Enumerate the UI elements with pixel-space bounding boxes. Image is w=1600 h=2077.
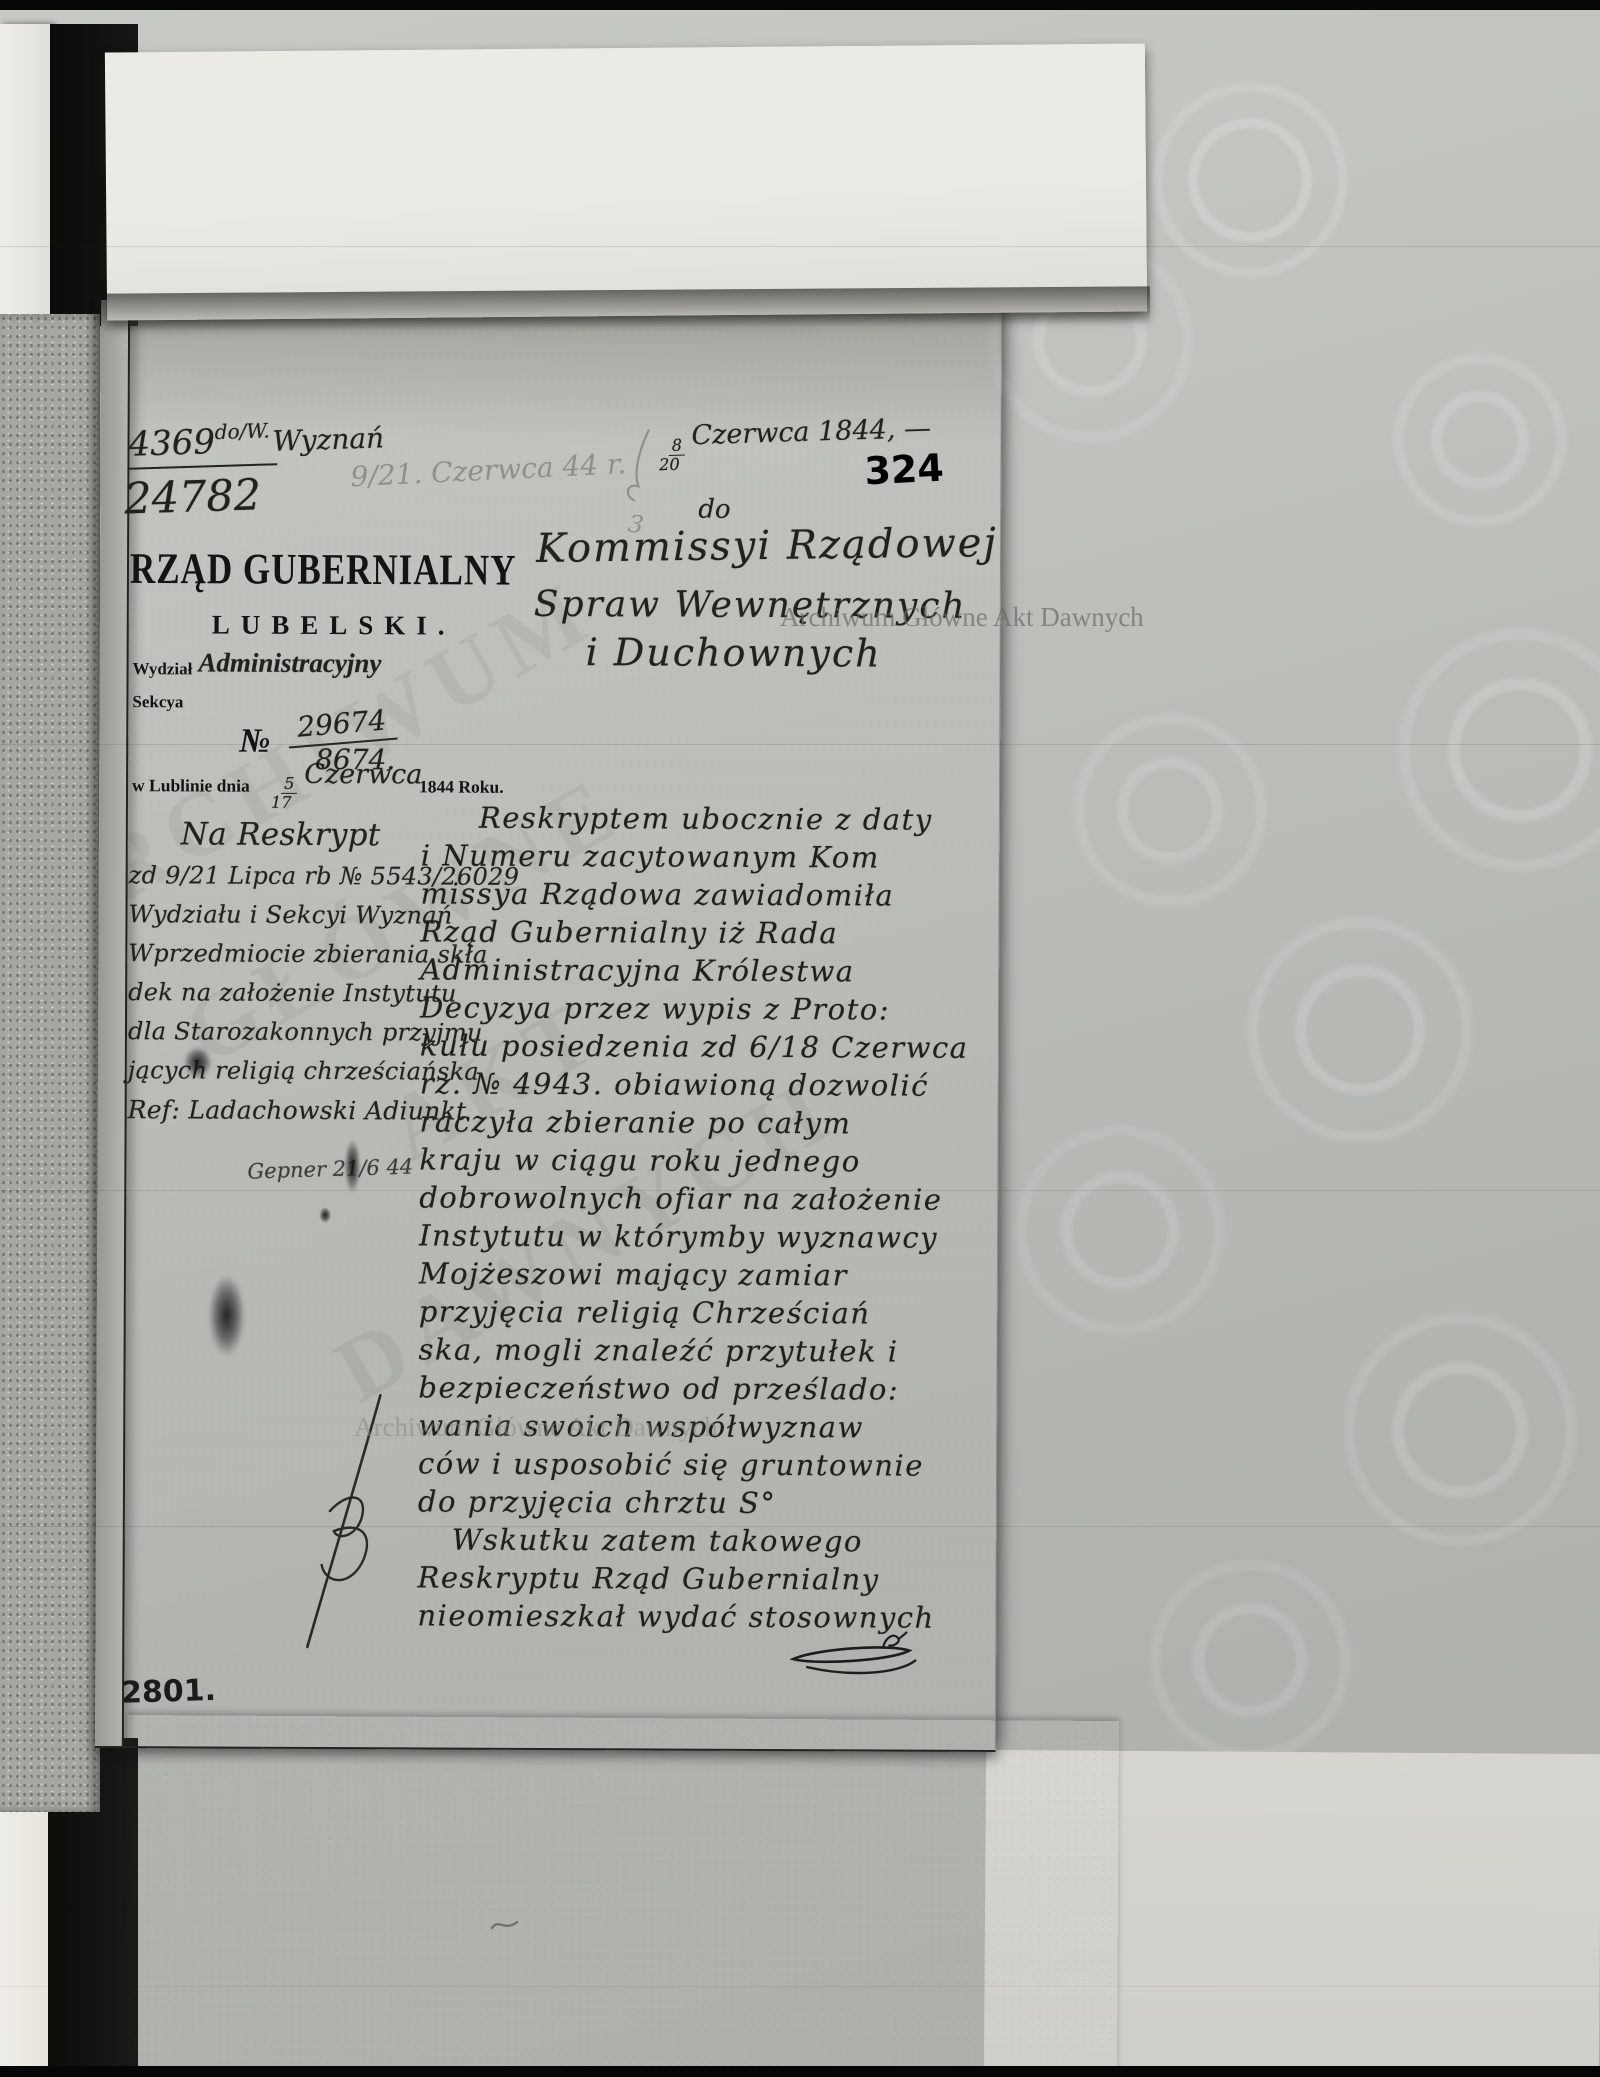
place-date-label: w Lublinie dnia xyxy=(132,775,250,797)
section-label: Sekcya xyxy=(132,692,183,712)
film-scratch-line xyxy=(0,1190,1600,1191)
letterhead-department: WydziałAdministracyjny xyxy=(133,650,382,682)
body-line: przyjęcia religią Chrześciań xyxy=(419,1292,999,1333)
addressee-line: Kommissyi Rządowej xyxy=(536,520,998,572)
body-line: ców i usposobić się gruntownie xyxy=(418,1444,998,1485)
letter-body: Reskryptem ubocznie z daty i Numeru zacy… xyxy=(417,798,1001,1637)
film-scratch-line xyxy=(0,1986,1600,1987)
body-line: ska, mogli znaleźć przytułek i xyxy=(419,1330,999,1371)
pencil-date-note: 9/21. Czerwca 44 r. xyxy=(350,447,627,493)
adjacent-page-edge-top xyxy=(0,24,52,336)
body-line: i Numeru zacytowanym Kom xyxy=(421,836,1001,877)
ink-blot xyxy=(319,1207,331,1223)
film-scratch-line xyxy=(0,1526,1600,1527)
department-label: Wydział xyxy=(133,659,193,678)
year-label: 1844 Roku. xyxy=(419,776,504,797)
body-line: raczyła zbieranie po całym xyxy=(419,1102,999,1143)
folio-number: 2801. xyxy=(121,1673,217,1711)
ink-mark-tilde xyxy=(490,1916,520,1934)
registry-number-annotation: 4369do/W. xyxy=(128,418,277,469)
registry-number: 4369 xyxy=(128,422,216,465)
department-annotation: Wyznań xyxy=(272,421,384,457)
second-registry-number: 24782 xyxy=(124,470,262,524)
pencil-squiggle xyxy=(616,426,660,508)
body-line: kułu posiedzenia zd 6/18 Czerwca xyxy=(420,1026,1000,1067)
film-edge-bottom xyxy=(0,2066,1600,2077)
archive-page-number: 324 xyxy=(863,446,944,494)
ink-blot xyxy=(344,1139,360,1193)
book-cover-edge xyxy=(0,314,100,1812)
clerk-note: Gepner 21/6 44 xyxy=(247,1155,414,1184)
body-line: Reskryptem ubocznie z daty xyxy=(421,798,1001,839)
archive-watermark: Archiwum Główne Akt Dawnych xyxy=(780,602,1144,633)
next-blank-page xyxy=(125,1715,1119,2075)
body-line: Decyzya przez wypis z Proto: xyxy=(420,988,1000,1029)
overlapping-page-above xyxy=(105,43,1147,320)
archival-scan: ARCHIWUM GŁÓWNE AKT DAWNYCH 4369do/W. Wy… xyxy=(0,0,1600,2077)
number-sign: № xyxy=(239,723,270,761)
registry-number-suffix: do/W. xyxy=(214,418,270,444)
date-fraction: 820 xyxy=(662,438,684,474)
department-value: Administracyjny xyxy=(198,647,381,678)
film-scratch-line xyxy=(0,246,1600,247)
letterhead-subtitle: LUBELSKI. xyxy=(212,610,456,642)
page-edge-shadow xyxy=(94,286,1150,331)
body-line: kraju w ciągu roku jednego xyxy=(419,1140,999,1181)
body-line: Rząd Gubernialny iż Rada xyxy=(420,912,1000,953)
letterhead-title: RZĄD GUBERNIALNY xyxy=(130,544,517,596)
archive-watermark: Archiwum Główne Akt Dawnych xyxy=(354,1412,718,1443)
body-line: bezpieczeństwo od prześlado: xyxy=(418,1368,998,1409)
letter-date: 517 Czerwca xyxy=(275,759,423,812)
ink-blot xyxy=(184,1046,212,1078)
body-line: Reskryptu Rząd Gubernialny xyxy=(418,1558,998,1599)
body-line: missya Rządowa zawiadomiła xyxy=(420,874,1000,915)
body-line: Administracyjna Królestwa xyxy=(420,950,1000,991)
ink-smear xyxy=(209,1275,245,1357)
body-line: Mojżeszowi mający zamiar xyxy=(419,1254,999,1295)
film-scratch-line xyxy=(0,744,1600,745)
body-line: dobrowolnych ofiar na założenie xyxy=(419,1178,999,1219)
addressee-line: i Duchownych xyxy=(586,630,882,675)
body-line: do przyjęcia chrztu S° xyxy=(418,1482,998,1523)
document-page: ARCHIWUM GŁÓWNE AKT DAWNYCH 4369do/W. Wy… xyxy=(95,300,1002,1752)
addressee-to: do xyxy=(698,495,730,525)
body-line: rz. № 4943. obiawioną dozwolić xyxy=(420,1064,1000,1105)
body-line: Instytutu w którymby wyznawcy xyxy=(419,1216,999,1257)
signature-flourish xyxy=(787,1629,919,1680)
letter-date-fraction: 517 xyxy=(275,776,296,811)
